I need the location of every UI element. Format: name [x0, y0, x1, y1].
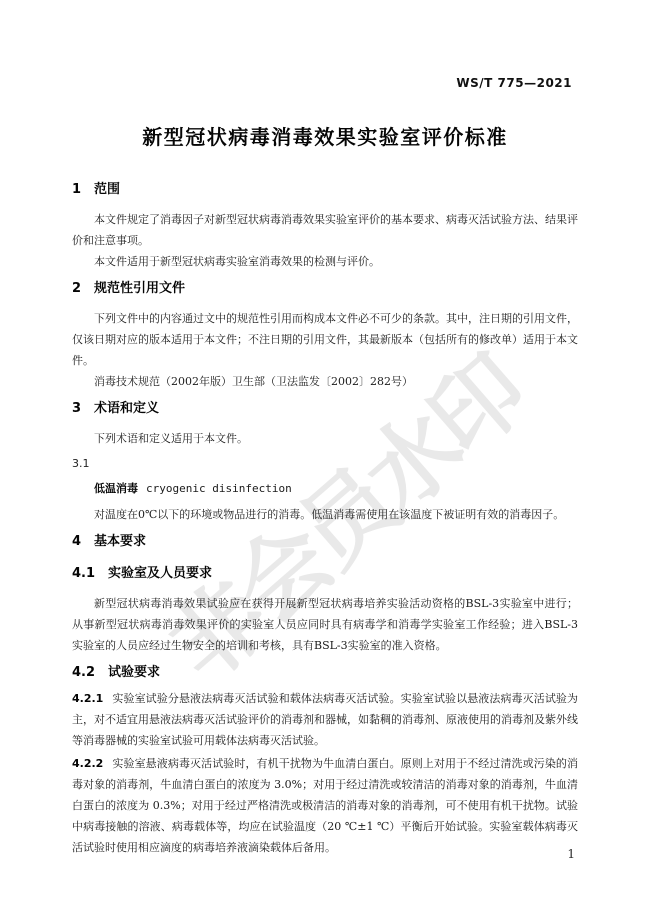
paragraph: 新型冠状病毒消毒效果试验应在获得开展新型冠状病毒培养实验活动资格的BSL-3实验…: [72, 593, 578, 656]
subsection-heading-4-2: 4.2 试验要求: [72, 664, 578, 682]
term-english: cryogenic disinfection: [146, 482, 292, 495]
page-number: 1: [567, 847, 575, 861]
document-page: 非会员水印 WS/T 775—2021 新型冠状病毒消毒效果实验室评价标准 1 …: [0, 0, 650, 920]
paragraph: 本文件适用于新型冠状病毒实验室消毒效果的检测与评价。: [72, 251, 578, 272]
subsection-heading-4-1: 4.1 实验室及人员要求: [72, 565, 578, 583]
clause-text: 实验室悬液病毒灭活试验时，有机干扰物为牛血清白蛋白。原则上对用于不经过清洗或污染…: [72, 757, 578, 854]
term-chinese: 低温消毒: [94, 482, 138, 495]
page-content: WS/T 775—2021 新型冠状病毒消毒效果实验室评价标准 1 范围 本文件…: [0, 0, 650, 858]
clause-number: 4.2.1: [72, 692, 103, 705]
term-line: 低温消毒cryogenic disinfection: [72, 480, 578, 498]
clause-4-2-2: 4.2.2实验室悬液病毒灭活试验时，有机干扰物为牛血清白蛋白。原则上对用于不经过…: [72, 753, 578, 858]
paragraph: 下列术语和定义适用于本文件。: [72, 428, 578, 449]
clause-text: 实验室试验分悬液法病毒灭活试验和载体法病毒灭活试验。实验室试验以悬液法病毒灭活试…: [72, 692, 578, 747]
section-heading-3-terms: 3 术语和定义: [72, 400, 578, 418]
paragraph: 下列文件中的内容通过文中的规范性引用而构成本文件必不可少的条款。其中，注日期的引…: [72, 308, 578, 371]
section-heading-4-basic-requirements: 4 基本要求: [72, 533, 578, 551]
term-number: 3.1: [72, 455, 578, 473]
term-definition: 对温度在0℃以下的环境或物品进行的消毒。低温消毒需使用在该温度下被证明有效的消毒…: [72, 504, 578, 525]
clause-4-2-1: 4.2.1实验室试验分悬液法病毒灭活试验和载体法病毒灭活试验。实验室试验以悬液法…: [72, 688, 578, 751]
section-heading-2-normative-references: 2 规范性引用文件: [72, 280, 578, 298]
reference-entry: 消毒技术规范（2002年版）卫生部（卫法监发〔2002〕282号）: [72, 371, 578, 392]
clause-number: 4.2.2: [72, 757, 103, 770]
paragraph: 本文件规定了消毒因子对新型冠状病毒消毒效果实验室评价的基本要求、病毒灭活试验方法…: [72, 209, 578, 251]
section-heading-1-scope: 1 范围: [72, 181, 578, 199]
document-title: 新型冠状病毒消毒效果实验室评价标准: [72, 123, 578, 151]
standard-code: WS/T 775—2021: [72, 76, 578, 90]
